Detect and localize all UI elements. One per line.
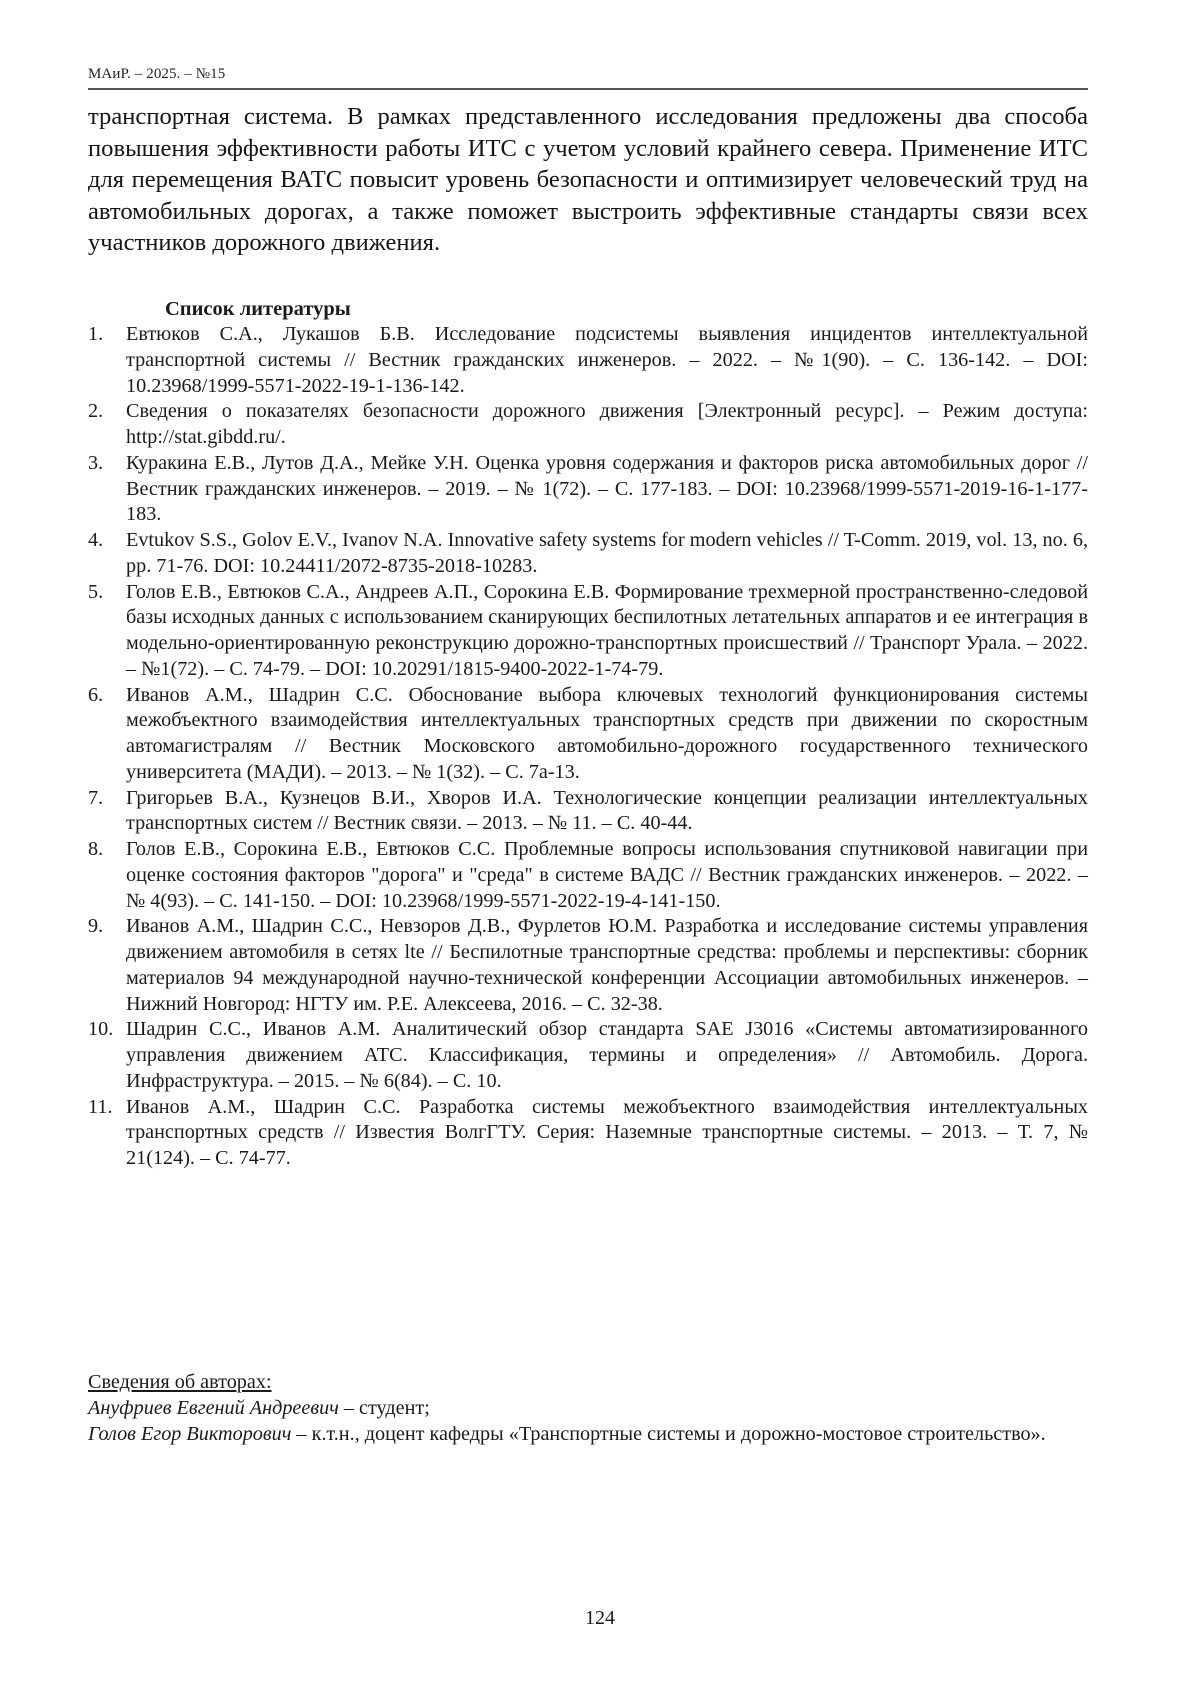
reference-text: Голов Е.В., Евтюков С.А., Андреев А.П., …	[126, 580, 1088, 683]
reference-item: 9.Иванов А.М., Шадрин С.С., Невзоров Д.В…	[88, 914, 1088, 1017]
reference-number: 11.	[88, 1095, 113, 1121]
author-entry: Ануфриев Евгений Андреевич – студент;	[88, 1396, 1088, 1422]
author-description: – студент;	[339, 1397, 430, 1419]
reference-item: 6.Иванов А.М., Шадрин С.С. Обоснование в…	[88, 683, 1088, 786]
header-divider	[88, 88, 1088, 90]
reference-text: Иванов А.М., Шадрин С.С., Невзоров Д.В.,…	[126, 914, 1088, 1017]
references-list: 1.Евтюков С.А., Лукашов Б.В. Исследовани…	[88, 322, 1088, 1172]
reference-number: 2.	[88, 399, 103, 425]
reference-item: 2.Сведения о показателях безопасности до…	[88, 399, 1088, 451]
reference-number: 9.	[88, 914, 103, 940]
reference-item: 7.Григорьев В.А., Кузнецов В.И., Хворов …	[88, 786, 1088, 838]
reference-item: 8.Голов Е.В., Сорокина Е.В., Евтюков С.С…	[88, 837, 1088, 914]
running-header: МАиР. – 2025. – №15	[88, 66, 225, 83]
reference-item: 10.Шадрин С.С., Иванов А.М. Аналитически…	[88, 1017, 1088, 1094]
reference-number: 1.	[88, 322, 103, 348]
reference-text: Шадрин С.С., Иванов А.М. Аналитический о…	[126, 1017, 1088, 1094]
reference-item: 4.Evtukov S.S., Golov E.V., Ivanov N.A. …	[88, 528, 1088, 580]
reference-item: 5.Голов Е.В., Евтюков С.А., Андреев А.П.…	[88, 580, 1088, 683]
reference-number: 4.	[88, 528, 103, 554]
authors-info: Сведения об авторах: Ануфриев Евгений Ан…	[88, 1370, 1088, 1447]
reference-text: Evtukov S.S., Golov E.V., Ivanov N.A. In…	[126, 528, 1088, 580]
reference-number: 3.	[88, 451, 103, 477]
page-number: 124	[88, 1607, 1112, 1630]
reference-text: Сведения о показателях безопасности доро…	[126, 399, 1088, 451]
reference-text: Куракина Е.В., Лутов Д.А., Мейке У.Н. Оц…	[126, 451, 1088, 528]
references-heading: Список литературы	[165, 296, 351, 322]
reference-text: Иванов А.М., Шадрин С.С. Обоснование выб…	[126, 683, 1088, 786]
reference-text: Григорьев В.А., Кузнецов В.И., Хворов И.…	[126, 786, 1088, 838]
reference-item: 3.Куракина Е.В., Лутов Д.А., Мейке У.Н. …	[88, 451, 1088, 528]
reference-number: 6.	[88, 683, 103, 709]
reference-text: Иванов А.М., Шадрин С.С. Разработка сист…	[126, 1095, 1088, 1172]
author-name: Ануфриев Евгений Андреевич	[88, 1397, 339, 1419]
reference-number: 7.	[88, 786, 103, 812]
reference-item: 1.Евтюков С.А., Лукашов Б.В. Исследовани…	[88, 322, 1088, 399]
reference-text: Евтюков С.А., Лукашов Б.В. Исследование …	[126, 322, 1088, 399]
reference-item: 11.Иванов А.М., Шадрин С.С. Разработка с…	[88, 1095, 1088, 1172]
authors-heading: Сведения об авторах:	[88, 1370, 1088, 1396]
reference-text: Голов Е.В., Сорокина Е.В., Евтюков С.С. …	[126, 837, 1088, 914]
author-entry: Голов Егор Викторович – к.т.н., доцент к…	[88, 1422, 1088, 1448]
author-description: – к.т.н., доцент кафедры «Транспортные с…	[291, 1423, 1045, 1445]
reference-number: 5.	[88, 580, 103, 606]
reference-number: 8.	[88, 837, 103, 863]
author-name: Голов Егор Викторович	[88, 1423, 291, 1445]
reference-number: 10.	[88, 1017, 113, 1043]
conclusion-paragraph: транспортная система. В рамках представл…	[88, 101, 1088, 259]
